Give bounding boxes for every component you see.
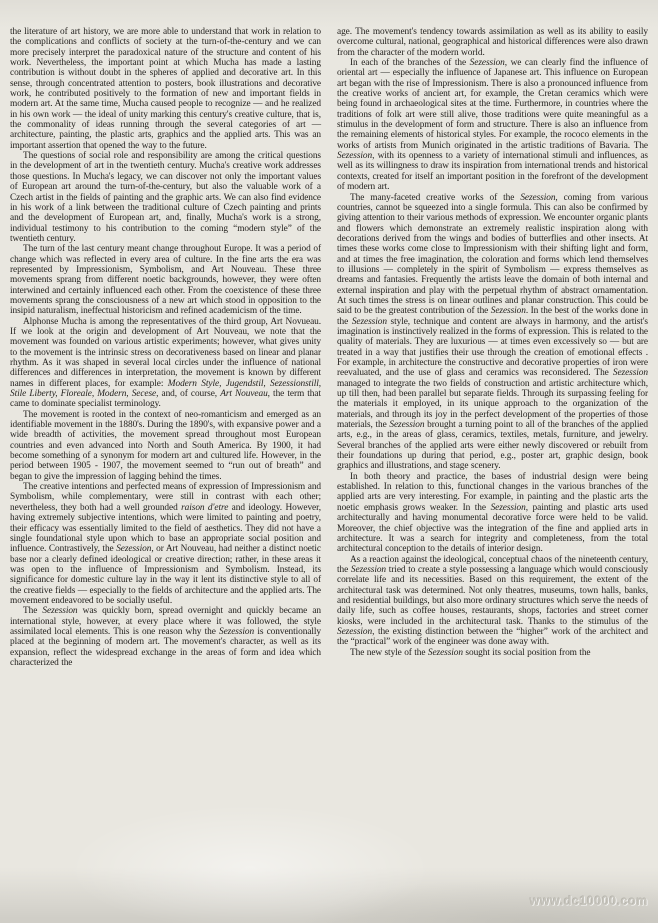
italic-term: Sezession bbox=[337, 151, 372, 161]
paragraph: The turn of the last century meant chang… bbox=[10, 244, 321, 316]
italic-term: Sezession bbox=[116, 544, 151, 554]
watermark: www.dc10000.com bbox=[530, 894, 648, 908]
paragraph: In each of the branches of the Sezession… bbox=[337, 58, 648, 192]
italic-term: Sezession bbox=[219, 627, 254, 637]
italic-term: Sezession bbox=[491, 503, 526, 513]
paragraph: The many-faceted creative works of the S… bbox=[337, 193, 648, 472]
paragraph: As a reaction against the ideological, c… bbox=[337, 555, 648, 648]
italic-term: Sezession bbox=[389, 420, 424, 430]
italic-term: Sezession bbox=[520, 193, 555, 203]
italic-term: Sezession bbox=[470, 58, 505, 68]
paragraph: The Sezession was quickly born, spread o… bbox=[10, 606, 321, 668]
italic-term: Modern Style, Jugendstil, Sezessionstill… bbox=[10, 379, 321, 399]
paragraph: Alphonse Mucha is among the representati… bbox=[10, 317, 321, 410]
two-column-text-block: the literature of art history, we are mo… bbox=[0, 0, 658, 668]
italic-term: Sezession bbox=[337, 627, 372, 637]
scanned-book-page: the literature of art history, we are mo… bbox=[0, 0, 658, 923]
italic-term: Sezession bbox=[42, 606, 77, 616]
italic-term: raison d'etre bbox=[181, 503, 228, 513]
italic-term: Sezession bbox=[613, 368, 648, 378]
paragraph: The movement is rooted in the context of… bbox=[10, 410, 321, 482]
italic-term: Art Nouveau bbox=[220, 389, 267, 399]
paragraph: The new style of the Sezession sought it… bbox=[337, 648, 648, 658]
paragraph: the literature of art history, we are mo… bbox=[10, 27, 321, 151]
right-text-column: age. The movement's tendency towards ass… bbox=[337, 27, 648, 668]
paragraph: age. The movement's tendency towards ass… bbox=[337, 27, 648, 58]
paragraph: In both theory and practice, the bases o… bbox=[337, 472, 648, 555]
italic-term: Sezession bbox=[351, 565, 386, 575]
left-text-column: the literature of art history, we are mo… bbox=[10, 27, 321, 668]
italic-term: Sezession bbox=[352, 317, 387, 327]
italic-term: Sezession bbox=[491, 306, 526, 316]
paragraph: The questions of social role and respons… bbox=[10, 151, 321, 244]
paragraph: The creative intentions and perfected me… bbox=[10, 482, 321, 606]
italic-term: Sezession bbox=[428, 648, 463, 658]
